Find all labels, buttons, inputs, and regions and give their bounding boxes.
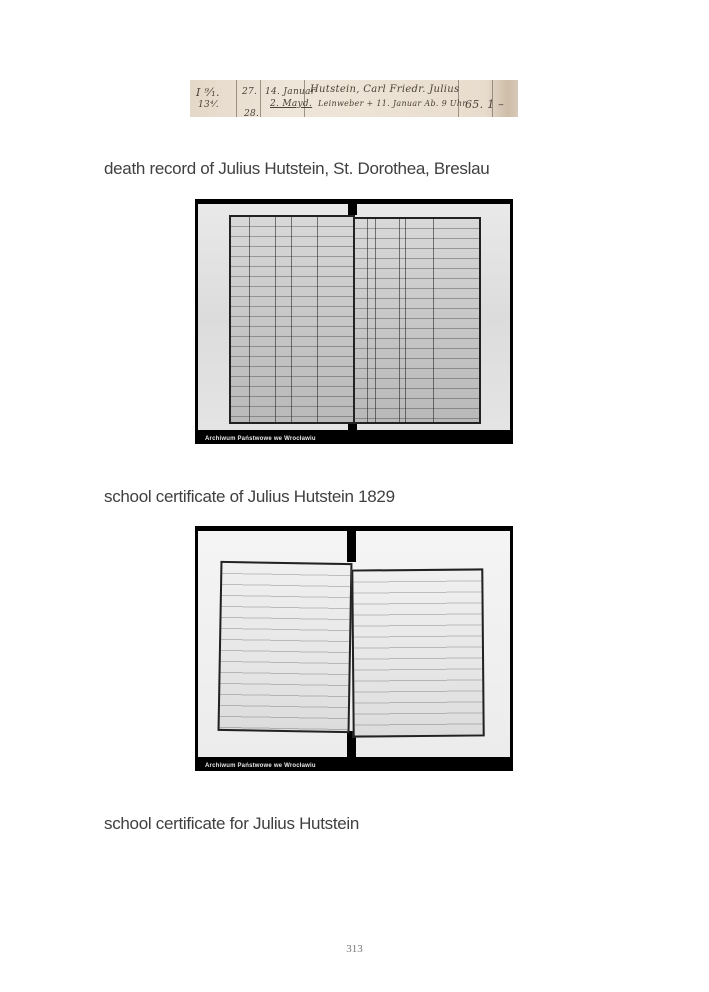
column-rule: [260, 80, 261, 117]
column-rule: [236, 80, 237, 117]
register-excerpt-image: I ⁹⁄₁. 13⁴⁄. 27. 14. Januar 2. Mayd. Hut…: [190, 80, 518, 117]
certificate-right-page: [351, 568, 484, 737]
handwriting: Hutstein, Carl Friedr. Julius: [310, 84, 459, 95]
handwriting: 28.: [244, 109, 259, 117]
register-left-page: [229, 215, 355, 424]
death-record-scan-image: Archiwum Państwowe we Wrocławiu: [195, 199, 513, 444]
handwriting: 65. 1 –: [465, 98, 504, 111]
handwriting: I ⁹⁄₁.: [196, 86, 220, 99]
figure-caption: school certificate for Julius Hutstein: [104, 814, 359, 834]
handwriting: Leinweber + 11. Januar Ab. 9 Uhr: [318, 99, 466, 108]
scan-gutter: [348, 199, 357, 215]
handwriting: 27.: [242, 87, 257, 97]
handwriting: 2. Mayd.: [270, 99, 312, 109]
certificate-left-page: [218, 561, 353, 733]
figure-caption: death record of Julius Hutstein, St. Dor…: [104, 159, 489, 179]
figure-caption: school certificate of Julius Hutstein 18…: [104, 487, 395, 507]
page-number: 313: [0, 943, 709, 955]
handwriting: 14. Januar: [265, 87, 315, 97]
register-right-page: [353, 217, 481, 424]
scan-gutter: [347, 526, 356, 562]
handwriting: 13⁴⁄.: [198, 100, 219, 110]
school-certificate-scan-image: Archiwum Państwowe we Wrocławiu: [195, 526, 513, 771]
archive-credit: Archiwum Państwowe we Wrocławiu: [205, 436, 316, 442]
archive-credit: Archiwum Państwowe we Wrocławiu: [205, 763, 316, 769]
